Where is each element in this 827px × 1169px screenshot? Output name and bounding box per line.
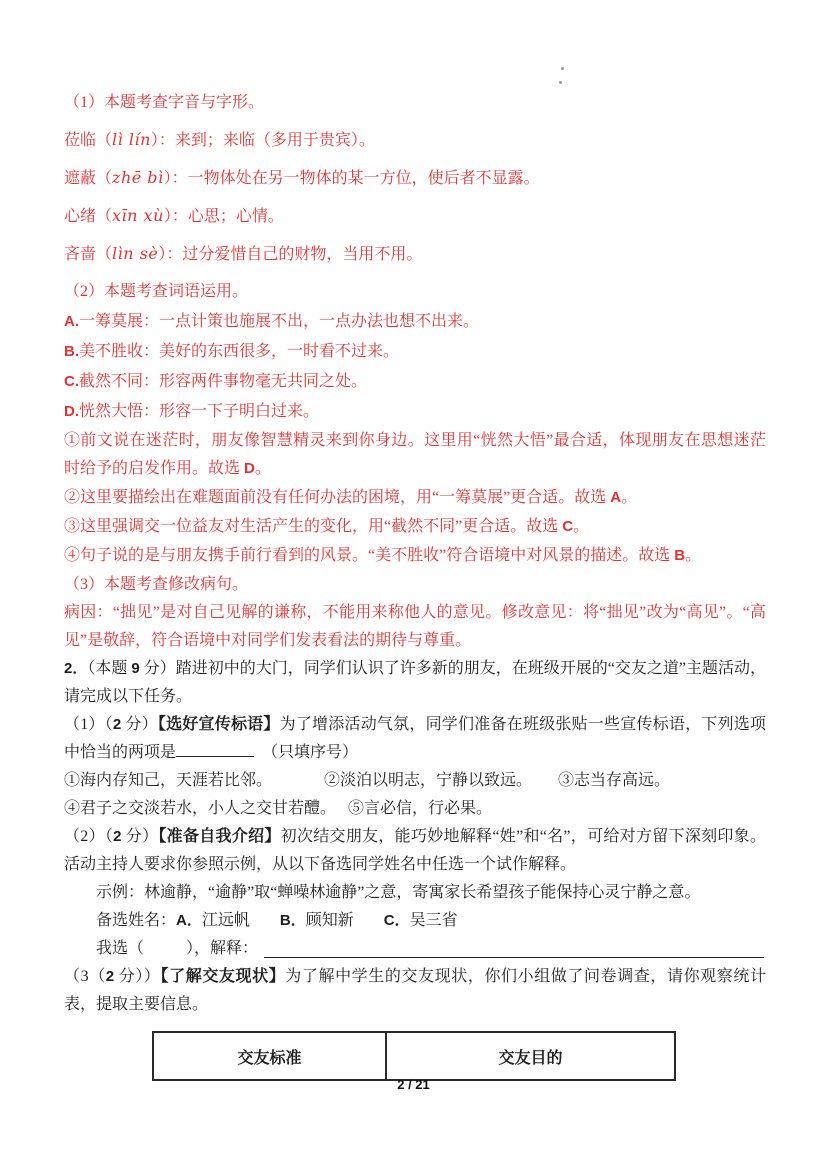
candidate-letter: A．: [176, 912, 202, 929]
definition-word: 莅临（: [64, 132, 112, 149]
page-content: （1）本题考查字音与字形。 莅临（lì lín）：来到；来临（多用于贵宾）。 遮…: [64, 89, 766, 1081]
glossary-text: 恍然大悟：形容一下子明白过来。: [79, 403, 319, 420]
option-letter: C.: [64, 373, 79, 390]
slogan-options-line1: ①海内存知己，天涯若比邻。②淡泊以明志，宁静以致远。③志当存高远。: [64, 767, 766, 795]
answer-part2-heading: （2）本题考查词语运用。: [64, 278, 766, 306]
analysis-item-1: ①前文说在迷茫时，朋友像智慧精灵来到你身边。这里用“恍然大悟”最合适，体现朋友在…: [64, 427, 766, 483]
task2-number-close: 分）: [122, 828, 159, 845]
candidate-names-line: 备选姓名：A．江远帆B．顾知新C．吴三省: [64, 907, 766, 935]
option-letter: B.: [64, 343, 79, 360]
glossary-text: 一筹莫展：一点计策也施展不出，一点办法也想不出来。: [79, 313, 479, 330]
task1-number-close: 分）: [121, 716, 158, 733]
definition-text: ）：过分爱惜自己的财物，当用不用。: [158, 246, 422, 263]
answer-blank-line: [176, 739, 254, 757]
task2-number: （2）（: [64, 828, 113, 845]
candidate-letter: B．: [280, 912, 306, 929]
glossary-item-a: A.一筹莫展：一点计策也施展不出，一点办法也想不出来。: [64, 308, 766, 336]
candidate-name: 顾知新: [306, 912, 354, 929]
task1-tag: 【选好宣传标语】: [158, 716, 280, 733]
analysis-item-2: ②这里要描绘出在难题面前没有任何办法的困境，用“一筹莫展”更合适。故选 A。: [64, 484, 766, 512]
pick-prefix: 我选（: [96, 935, 144, 963]
pinyin: zhē bì: [112, 168, 164, 187]
analysis-tail: 。: [685, 547, 701, 564]
table-header-friend-purpose: 交友目的: [386, 1032, 675, 1080]
definition-xinxu: 心绪（xīn xù）：心思；心情。: [64, 202, 766, 231]
points-value: 2: [113, 828, 121, 845]
slogan-options-line2: ④君子之交淡若水，小人之交甘若醴。⑤言必信，行必果。: [64, 795, 766, 823]
analysis-text: ④句子说的是与朋友携手前行看到的风景。“美不胜收”符合语境中对风景的描述。故选: [64, 547, 674, 564]
answer-choice: A: [610, 489, 621, 506]
answer-choice: B: [674, 547, 685, 564]
task1-text: （1）（2 分）【选好宣传标语】为了增添活动气氛，同学们准备在班级张贴一些宣传标…: [64, 711, 766, 767]
definition-lilin: 莅临（lì lín）：来到；来临（多用于贵宾）。: [64, 126, 766, 155]
task3-number-close: 分））: [114, 968, 160, 985]
question-number: 2．: [64, 660, 87, 677]
analysis-tail: 。: [621, 489, 637, 506]
pinyin: lìn sè: [112, 244, 158, 263]
definition-text: ）：一物体处在另一物体的某一方位，使后者不显露。: [164, 170, 540, 187]
definition-word: 心绪（: [64, 208, 112, 225]
task3-tag: 【了解交友现状】: [161, 968, 286, 985]
task3-text: （3（2 分））【了解交友现状】为了解中学生的交友现状，你们小组做了问卷调查，请…: [64, 963, 766, 1019]
analysis-text: ①前文说在迷茫时，朋友像智慧精灵来到你身边。这里用“恍然大悟”最合适，体现朋友在…: [64, 432, 766, 477]
pinyin: lì lín: [112, 130, 151, 149]
definition-text: ）：来到；来临（多用于贵宾）。: [151, 132, 375, 149]
candidate-letter: C．: [384, 912, 410, 929]
task1-note: （只填序号）: [262, 744, 358, 761]
sentence-correction-text: 病因：“拙见”是对自己见解的谦称，不能用来称他人的意见。修改意见：将“拙见”改为…: [64, 599, 766, 655]
task1-number: （1）（: [64, 716, 113, 733]
intro-pre: （本题: [87, 660, 131, 677]
page-number: 2 / 21: [0, 1077, 827, 1092]
glossary-text: 截然不同：形容两件事物毫无共同之处。: [79, 373, 367, 390]
table-header-friend-criteria: 交友标准: [153, 1032, 386, 1080]
survey-table: 交友标准 交友目的: [152, 1031, 676, 1081]
analysis-item-3: ③这里强调交一位益友对生活产生的变化，用“截然不同”更合适。故选 C。: [64, 513, 766, 541]
glossary-item-c: C.截然不同：形容两件事物毫无共同之处。: [64, 368, 766, 396]
candidate-name: 吴三省: [410, 912, 458, 929]
points-value: 2: [113, 716, 121, 733]
pinyin: xīn xù: [112, 206, 164, 225]
definition-linse: 吝啬（lìn sè）：过分爱惜自己的财物，当用不用。: [64, 240, 766, 269]
candidates-label: 备选姓名：: [96, 912, 176, 929]
analysis-text: ②这里要描绘出在难题面前没有任何办法的困境，用“一筹莫展”更合适。故选: [64, 489, 610, 506]
task2-text: （2）（2 分）【准备自我介绍】初次结交朋友，能巧妙地解释“姓”和“名”，可给对…: [64, 823, 766, 879]
analysis-tail: 。: [573, 518, 589, 535]
analysis-item-4: ④句子说的是与朋友携手前行看到的风景。“美不胜收”符合语境中对风景的描述。故选 …: [64, 542, 766, 570]
points-value: 9: [131, 660, 139, 677]
definition-text: ）：心思；心情。: [164, 208, 284, 225]
points-value: 2: [106, 968, 114, 985]
slogan-option-3: ③志当存高远。: [558, 772, 670, 789]
table-header-row: 交友标准 交友目的: [153, 1032, 675, 1080]
glossary-text: 美不胜收：美好的东西很多，一时看不过来。: [79, 343, 399, 360]
glossary-item-b: B.美不胜收：美好的东西很多，一时看不过来。: [64, 338, 766, 366]
explanation-blank-line: [264, 957, 764, 958]
slogan-option-4: ④君子之交淡若水，小人之交甘若醴。: [64, 800, 336, 817]
task3-number: （3（: [64, 968, 106, 985]
option-letter: A.: [64, 313, 79, 330]
answer-part1-heading: （1）本题考查字音与字形。: [64, 89, 766, 117]
definition-word: 遮蔽（: [64, 170, 112, 187]
analysis-text: ③这里强调交一位益友对生活产生的变化，用“截然不同”更合适。故选: [64, 518, 562, 535]
definition-zhebi: 遮蔽（zhē bì）：一物体处在另一物体的某一方位，使后者不显露。: [64, 164, 766, 193]
answer-choice: D: [244, 460, 255, 477]
question2-intro: 2．（本题 9 分）踏进初中的大门，同学们认识了许多新的朋友，在班级开展的“交友…: [64, 655, 766, 711]
intro-text: 分）踏进初中的大门，同学们认识了许多新的朋友，在班级开展的“交友之道”主题活动，…: [64, 660, 766, 705]
answer-choice: C: [562, 518, 573, 535]
option-letter: D.: [64, 403, 79, 420]
slogan-option-1: ①海内存知己，天涯若比邻。: [64, 772, 272, 789]
my-choice-line: 我选（），解释：: [64, 935, 766, 963]
example-line: 示例：林逾静，“逾静”取“蝉噪林逾静”之意，寄寓家长希望孩子能保持心灵宁静之意。: [64, 879, 766, 907]
pick-suffix: ），解释：: [186, 935, 258, 963]
slogan-option-2: ②淡泊以明志，宁静以致远。: [324, 772, 532, 789]
slogan-option-5: ⑤言必信，行必果。: [348, 800, 492, 817]
definition-word: 吝啬（: [64, 246, 112, 263]
glossary-item-d: D.恍然大悟：形容一下子明白过来。: [64, 398, 766, 426]
answer-part3-heading: （3）本题考查修改病句。: [64, 571, 766, 599]
candidate-name: 江远帆: [202, 912, 250, 929]
stray-mark: [561, 67, 564, 70]
stray-mark: [559, 81, 562, 84]
task2-tag: 【准备自我介绍】: [158, 828, 280, 845]
analysis-tail: 。: [255, 460, 271, 477]
